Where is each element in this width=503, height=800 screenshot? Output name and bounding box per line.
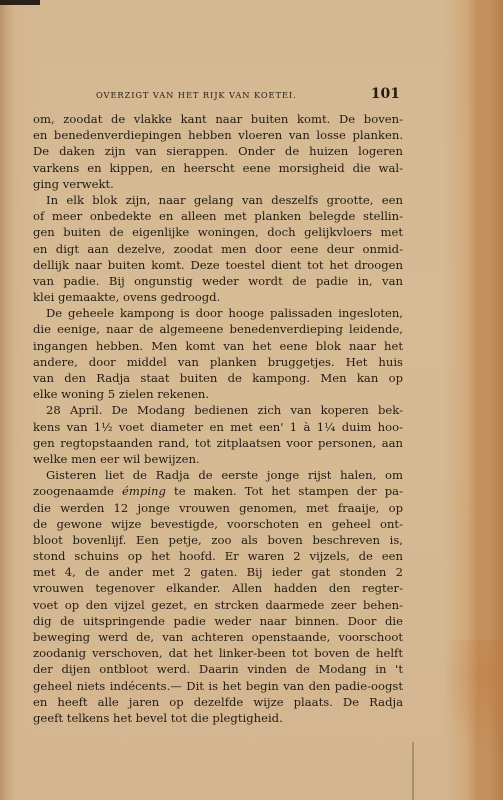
text-line: geeft telkens het bevel tot die plegtigh… <box>33 710 403 726</box>
text-line: De daken zijn van sierappen. Onder de hu… <box>33 143 403 159</box>
text-line: beweging werd de, van achteren openstaan… <box>33 629 403 645</box>
page-fold-mark <box>412 742 414 800</box>
text-line: kens van 1½ voet diameter en met een' 1 … <box>33 419 403 435</box>
text-line: van padie. Bij ongunstig weder wordt de … <box>33 273 403 289</box>
text-line: of meer onbedekte en alleen met planken … <box>33 208 403 224</box>
text-line: om, zoodat de vlakke kant naar buiten ko… <box>33 111 403 127</box>
text-line: dellijk naar buiten komt. Deze toestel d… <box>33 257 403 273</box>
text-line: De geheele kampong is door hooge palissa… <box>33 305 403 321</box>
text-line: Gisteren liet de Radja de eerste jonge r… <box>33 467 403 483</box>
text-line: varkens en kippen, en heerscht eene mors… <box>33 160 403 176</box>
text-segment: zoogenaamde <box>33 484 122 498</box>
text-line: en digt aan dezelve, zoodat men door een… <box>33 241 403 257</box>
book-page: OVERZIGT VAN HET RIJK VAN KOETEI. 101 om… <box>0 0 503 800</box>
text-line: de gewone wijze bevestigde, voorschoten … <box>33 516 403 532</box>
text-line: vrouwen tegenover elkander. Allen hadden… <box>33 580 403 596</box>
text-line: klei gemaakte, ovens gedroogd. <box>33 289 403 305</box>
text-line: welke men eer wil bewijzen. <box>33 451 403 467</box>
text-line: en heeft alle jaren op dezelfde wijze pl… <box>33 694 403 710</box>
text-line: ingangen hebben. Men komt van het eene b… <box>33 338 403 354</box>
text-line: voet op den vijzel gezet, en strcken daa… <box>33 597 403 613</box>
text-line: met 4, de ander met 2 gaten. Bij ieder g… <box>33 564 403 580</box>
scan-edge <box>0 0 40 5</box>
page-header: OVERZIGT VAN HET RIJK VAN KOETEI. 101 <box>96 86 400 106</box>
text-line: zoodanig verschoven, dat het linker-been… <box>33 645 403 661</box>
body-text: om, zoodat de vlakke kant naar buiten ko… <box>33 111 403 726</box>
text-line: van den Radja staat buiten de kampong. M… <box>33 370 403 386</box>
text-line: dig de uitspringende padie weder naar bi… <box>33 613 403 629</box>
text-line: elke woning 5 zielen rekenen. <box>33 386 403 402</box>
text-line: ging verwekt. <box>33 176 403 192</box>
running-title: OVERZIGT VAN HET RIJK VAN KOETEI. <box>96 90 297 100</box>
paper-stain <box>443 640 503 760</box>
text-line: andere, door middel van planken bruggetj… <box>33 354 403 370</box>
text-line: zoogenaamde émping te maken. Tot het sta… <box>33 483 403 499</box>
text-line: stond schuins op het hoofd. Er waren 2 v… <box>33 548 403 564</box>
text-line: In elk blok zijn, naar gelang van deszel… <box>33 192 403 208</box>
text-line: bloot bovenlijf. Een petje, zoo als bove… <box>33 532 403 548</box>
italic-term: émping <box>122 484 166 498</box>
text-line: gen buiten de eigenlijke woningen, doch … <box>33 224 403 240</box>
text-line: 28 April. De Modang bedienen zich van ko… <box>33 402 403 418</box>
text-line: en benedenverdiepingen hebben vloeren va… <box>33 127 403 143</box>
text-line: die eenige, naar de algemeene benedenver… <box>33 321 403 337</box>
text-line: der dijen ontbloot werd. Daarin vinden d… <box>33 661 403 677</box>
text-line: gen regtopstaanden rand, tot zitplaatsen… <box>33 435 403 451</box>
text-segment: te maken. Tot het stampen der pa- <box>166 484 403 498</box>
text-line: geheel niets indécents.— Dit is het begi… <box>33 678 403 694</box>
text-line: die werden 12 jonge vrouwen genomen, met… <box>33 500 403 516</box>
page-number: 101 <box>371 86 400 102</box>
